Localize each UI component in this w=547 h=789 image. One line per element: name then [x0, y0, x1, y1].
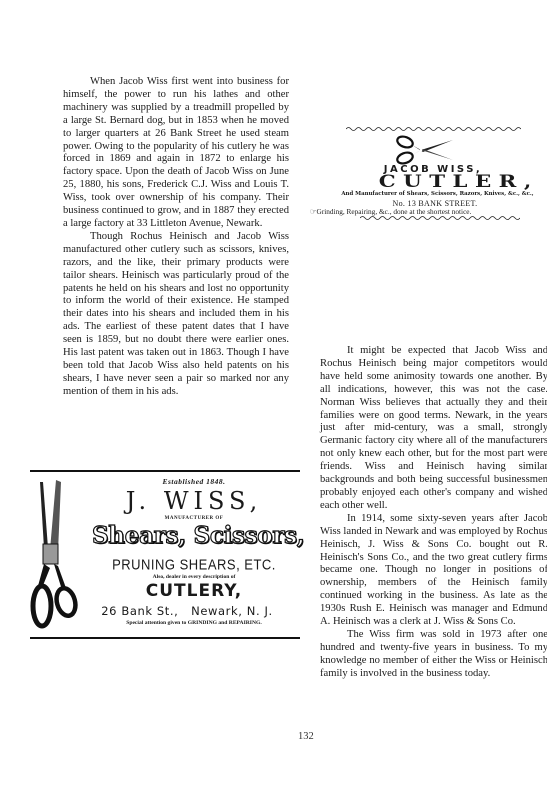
ad-manufacturer-line: And Manufacturer of Shears, Scissors, Ra…	[315, 191, 547, 197]
left-column-text: When Jacob Wiss first went into business…	[63, 76, 289, 399]
ad-trade: CUTLER,	[365, 172, 547, 192]
ad-special: Special attention given to GRINDING and …	[92, 620, 296, 626]
wavy-rule-bottom	[360, 215, 520, 221]
ad-cutlery: CUTLERY,	[92, 581, 296, 601]
shears-icon	[30, 478, 78, 630]
ad-products: Shears, Scissors,	[92, 522, 296, 549]
jacob-wiss-cutler-advertisement: JACOB WISS, CUTLER, And Manufacturer of …	[345, 118, 545, 210]
rule-top	[30, 470, 300, 472]
rule-bottom	[30, 637, 300, 639]
ad-dealer: Also, dealer in every description of	[92, 574, 296, 580]
ad-pruning: PRUNING SHEARS, ETC.	[92, 556, 296, 573]
paragraph: The Wiss firm was sold in 1973 after one…	[320, 629, 547, 681]
ad-established: Established 1848.	[92, 477, 296, 486]
paragraph: It might be expected that Jacob Wiss and…	[320, 345, 547, 513]
scissors-icon	[395, 134, 455, 166]
j-wiss-shears-advertisement: Established 1848. J. WISS, MANUFACTURER …	[30, 470, 300, 640]
ad-manufacturer-of: MANUFACTURER OF	[92, 516, 296, 521]
paragraph: In 1914, some sixty-seven years after Ja…	[320, 513, 547, 629]
right-column-text: It might be expected that Jacob Wiss and…	[320, 345, 547, 681]
page-number: 132	[298, 731, 314, 742]
paragraph: When Jacob Wiss first went into business…	[63, 76, 289, 231]
ad-address: 26 Bank St., Newark, N. J.	[72, 604, 302, 618]
paragraph: Though Rochus Heinisch and Jacob Wiss ma…	[63, 231, 289, 399]
ad-name: J. WISS,	[92, 487, 296, 515]
wavy-rule-top	[346, 126, 521, 132]
